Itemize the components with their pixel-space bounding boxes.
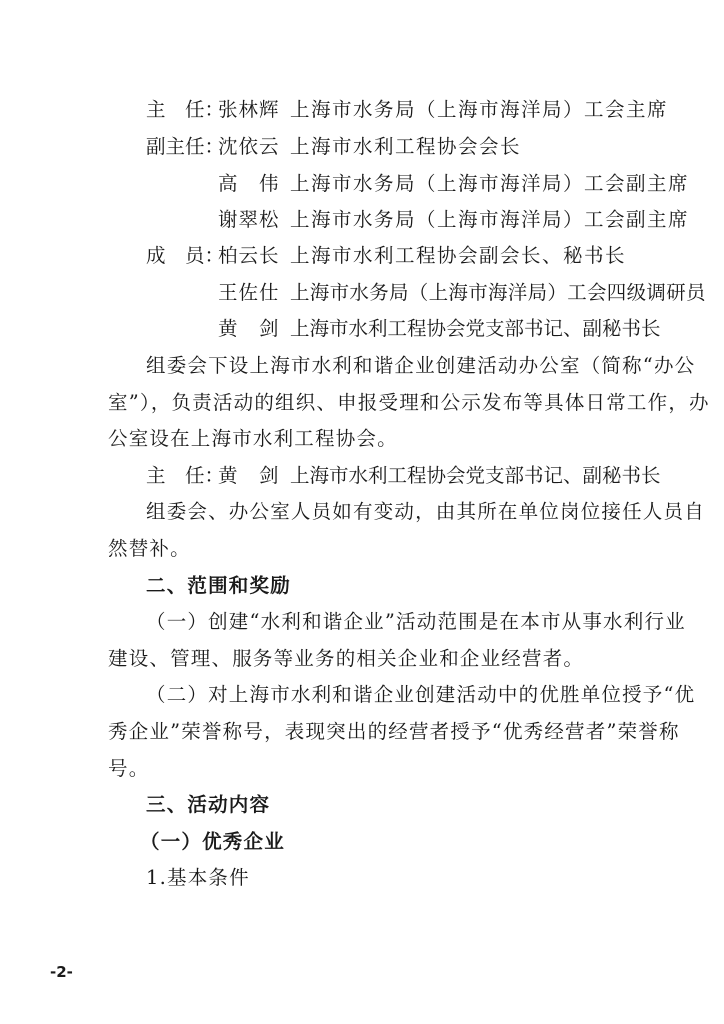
subsection-heading: （一）优秀企业 (140, 829, 647, 855)
member-title: 上海市水务局（上海市海洋局）工会副主席 (290, 207, 689, 233)
section-heading: 二、范围和奖励 (146, 573, 691, 599)
member-name: 黄 剑 (218, 316, 280, 342)
page-number: -2- (50, 963, 73, 981)
member-name: 谢翠松 (218, 207, 280, 233)
member-name: 沈依云 (218, 134, 280, 160)
section2-item2-line: 秀企业”荣誉称号，表现突出的经营者授予“优秀经营者”荣誉称 (108, 719, 653, 745)
section2-item2-line: （二）对上海市水利和谐企业创建活动中的优胜单位授予“优 (146, 682, 653, 708)
section2-item2-line: 号。 (108, 756, 653, 782)
member-name: 张林辉 (218, 97, 280, 123)
member-title: 上海市水务局（上海市海洋局）工会副主席 (290, 171, 689, 197)
role-label: 副主任： (146, 134, 224, 160)
office-paragraph-line: 组委会下设上海市水利和谐企业创建活动办公室（简称“办公 (146, 353, 653, 379)
member-title: 上海市水利工程协会党支部书记、副秘书长 (290, 316, 661, 342)
numbered-item: 1.基本条件 (146, 865, 653, 891)
role-label: 成 员： (146, 243, 224, 269)
member-name: 黄 剑 (218, 463, 280, 489)
member-name: 柏云长 (218, 243, 280, 269)
member-title: 上海市水务局（上海市海洋局）工会主席 (290, 97, 668, 123)
section2-item1-line: （一）创建“水利和谐企业”活动范围是在本市从事水利行业 (146, 609, 653, 635)
member-name: 王佐仕 (218, 280, 280, 306)
member-name: 高 伟 (218, 171, 280, 197)
role-label: 主 任： (146, 463, 224, 489)
office-paragraph-line: 室”），负责活动的组织、申报受理和公示发布等具体日常工作，办 (108, 390, 653, 416)
member-title: 上海市水务局（上海市海洋局）工会四级调研员 (290, 280, 706, 306)
member-title: 上海市水利工程协会副会长、秘书长 (290, 243, 626, 269)
section2-item1-line: 建设、管理、服务等业务的相关企业和企业经营者。 (108, 646, 653, 672)
change-paragraph-line: 组委会、办公室人员如有变动，由其所在单位岗位接任人员自 (146, 499, 653, 525)
section-heading: 三、活动内容 (146, 792, 691, 818)
member-title: 上海市水利工程协会党支部书记、副秘书长 (290, 463, 661, 489)
member-title: 上海市水利工程协会会长 (290, 134, 521, 160)
document-page: 主 任： 张林辉 上海市水务局（上海市海洋局）工会主席 副主任： 沈依云 上海市… (0, 0, 724, 1024)
role-label: 主 任： (146, 97, 224, 123)
change-paragraph-line: 然替补。 (108, 536, 653, 562)
office-paragraph-line: 公室设在上海市水利工程协会。 (108, 426, 653, 452)
